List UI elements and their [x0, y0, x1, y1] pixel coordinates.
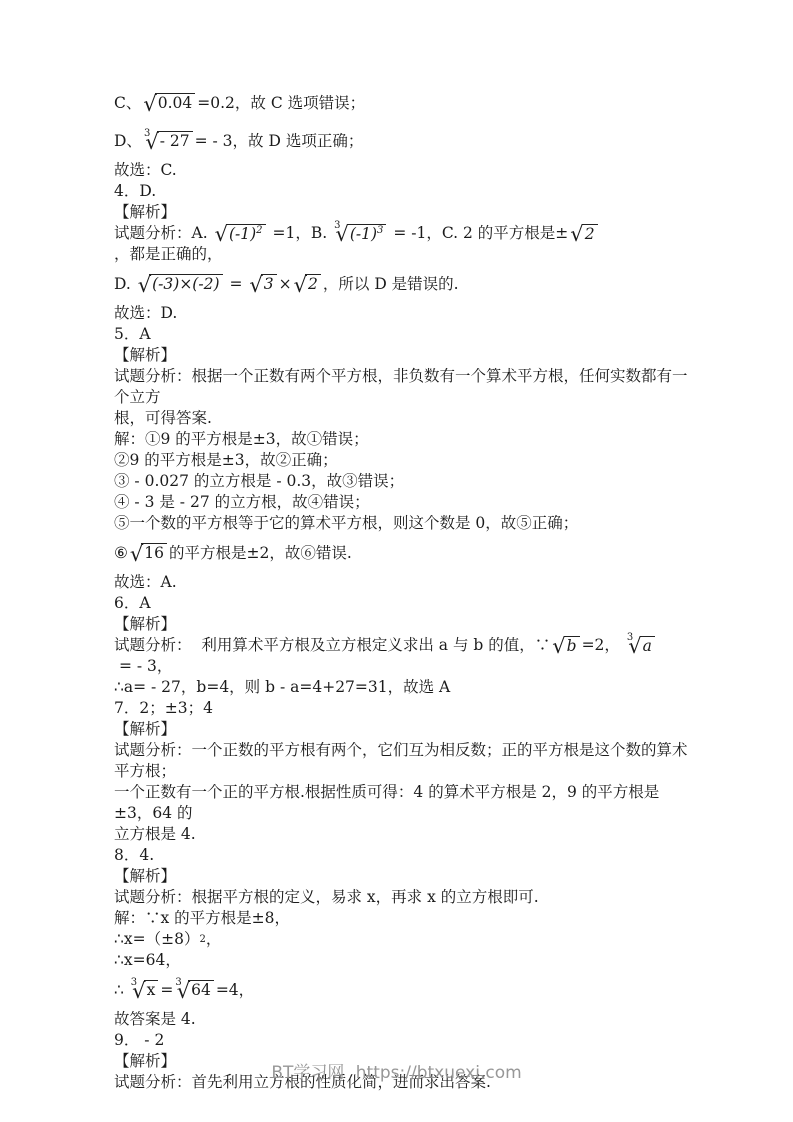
radical-icon: √	[249, 275, 262, 296]
text-segment: 8．4.	[114, 845, 154, 866]
text-line: ③ - 0.027 的立方根是 - 0.3，故③错误；	[114, 471, 696, 492]
text-segment: 9． - 2	[114, 1030, 164, 1051]
text-segment: 【解析】	[114, 719, 176, 740]
text-line: ⑤一个数的平方根等于它的算术平方根，则这个数是 0，故⑤正确；	[114, 513, 696, 534]
text-line: 【解析】	[114, 202, 696, 223]
cube-root: 3√x	[131, 980, 159, 1001]
text-line: D. √(-3)×(-2) = √3×√2，所以 D 是错误的.	[114, 265, 696, 303]
radical-icon: √	[138, 275, 151, 296]
text-line: D、3√- 27= - 3，故 D 选项正确；	[114, 122, 696, 160]
root-index: 3	[175, 972, 181, 993]
text-line: ⑥√16的平方根是±2，故⑥错误.	[114, 534, 696, 572]
radicand: - 27	[157, 131, 193, 150]
text-line: 根，可得答案.	[114, 408, 696, 429]
text-line: 8．4.	[114, 845, 696, 866]
text-segment: 试题分析： 利用算术平方根及立方根定义求出 a 与 b 的值，∵	[114, 635, 550, 656]
text-segment: ∴x=64，	[114, 950, 181, 971]
text-line: ∴ 3√x=3√64=4，	[114, 971, 696, 1009]
radicand: 2	[582, 224, 598, 243]
text-line: ∴a= - 27，b=4，则 b - a=4+27=31，故选 A	[114, 677, 696, 698]
square-root: √2	[294, 274, 321, 295]
radicand: 64	[188, 980, 214, 999]
text-segment: ⑥	[114, 543, 128, 564]
text-line: ②9 的平方根是±3，故②正确；	[114, 450, 696, 471]
radicand: a	[640, 636, 655, 655]
text-segment: = -1，C. 2 的平方根是±	[388, 223, 568, 244]
text-segment: 的平方根是±2，故⑥错误.	[169, 543, 352, 564]
square-root: √3	[249, 274, 276, 295]
footer-url: https://btxuexi.com	[356, 1063, 522, 1083]
text-line: 试题分析： 利用算术平方根及立方根定义求出 a 与 b 的值，∵√b=2， 3√…	[114, 635, 696, 677]
root-index: 3	[627, 627, 633, 648]
text-segment: 解：①9 的平方根是±3，故①错误；	[114, 429, 369, 450]
cube-root: 3√64	[175, 980, 214, 1001]
square-root: √2	[570, 223, 597, 244]
text-segment: ∴a= - 27，b=4，则 b - a=4+27=31，故选 A	[114, 677, 450, 698]
radicand: (-1)2	[226, 224, 266, 243]
text-segment: 根，可得答案.	[114, 408, 212, 429]
text-segment: ③ - 0.027 的立方根是 - 0.3，故③错误；	[114, 471, 404, 492]
text-segment: 7．2；±3；4	[114, 698, 213, 719]
text-line: 故选：D.	[114, 303, 696, 324]
page: C、√0.04=0.2，故 C 选项错误；D、3√- 27= - 3，故 D 选…	[0, 0, 793, 1122]
text-segment: =0.2，故 C 选项错误；	[197, 93, 365, 114]
text-line: 试题分析：根据平方根的定义，易求 x，再求 x 的立方根即可.	[114, 887, 696, 908]
text-segment: ②9 的平方根是±3，故②正确；	[114, 450, 338, 471]
radicand: (-3)×(-2)	[149, 274, 222, 293]
text-segment: =2，	[582, 635, 625, 656]
text-line: 5．A	[114, 324, 696, 345]
radical-icon: √	[215, 224, 228, 245]
radicand: 16	[141, 543, 167, 562]
text-segment: =	[225, 274, 248, 295]
text-line: 试题分析：根据一个正数有两个平方根，非负数有一个算术平方根，任何实数都有一个立方	[114, 366, 696, 408]
text-line: 解：①9 的平方根是±3，故①错误；	[114, 429, 696, 450]
text-line: 【解析】	[114, 866, 696, 887]
text-segment: 【解析】	[114, 202, 176, 223]
square-root: √b	[552, 635, 579, 656]
document-lines: C、√0.04=0.2，故 C 选项错误；D、3√- 27= - 3，故 D 选…	[114, 84, 696, 1093]
text-segment: D、	[114, 131, 142, 152]
radical-icon: √	[294, 275, 307, 296]
root-index: 3	[144, 123, 150, 144]
footer-site-name: BT学习网	[271, 1063, 344, 1083]
text-segment: ，所以 D 是错误的.	[323, 274, 459, 295]
text-line: 【解析】	[114, 719, 696, 740]
text-segment: =1，B.	[268, 223, 333, 244]
radicand: 0.04	[155, 93, 196, 112]
cube-root: 3√(-1)3	[334, 223, 386, 244]
text-line: 4．D.	[114, 181, 696, 202]
radicand: b	[564, 636, 580, 655]
text-segment: =	[160, 980, 173, 1001]
text-line: 试题分析：一个正数的平方根有两个，它们互为相反数；正的平方根是这个数的算术平方根…	[114, 740, 696, 782]
text-line: 一个正数有一个正的平方根.根据性质可得：4 的算术平方根是 2，9 的平方根是±…	[114, 782, 696, 824]
text-segment: 试题分析：一个正数的平方根有两个，它们互为相反数；正的平方根是这个数的算术平方根…	[114, 740, 696, 782]
text-line: 6．A	[114, 593, 696, 614]
square-root: √(-1)2	[215, 223, 266, 244]
text-line: 故答案是 4.	[114, 1009, 696, 1030]
text-line: 故选：A.	[114, 572, 696, 593]
text-segment: D.	[114, 274, 136, 295]
square-root: √16	[130, 543, 167, 564]
text-segment: ，都是正确的，	[114, 244, 223, 265]
text-segment: = - 3，故 D 选项正确；	[195, 131, 364, 152]
text-segment: 6．A	[114, 593, 151, 614]
text-segment: =4，	[216, 980, 254, 1001]
footer: BT学习网 https://btxuexi.com	[0, 1058, 793, 1083]
text-segment: ④ - 3 是 - 27 的立方根，故④错误；	[114, 492, 370, 513]
text-segment: 【解析】	[114, 614, 176, 635]
text-line: 【解析】	[114, 345, 696, 366]
text-segment: 4．D.	[114, 181, 156, 202]
radicand: (-1)3	[347, 224, 387, 243]
radical-icon: √	[570, 224, 583, 245]
text-line: 故选：C.	[114, 160, 696, 181]
text-line: 试题分析：A. √(-1)2 =1，B. 3√(-1)3 = -1，C. 2 的…	[114, 223, 696, 265]
text-line: ∴x=64，	[114, 950, 696, 971]
text-segment: ⑤一个数的平方根等于它的算术平方根，则这个数是 0，故⑤正确；	[114, 513, 578, 534]
root-index: 3	[334, 215, 340, 236]
text-segment: ∴x=（±8）	[114, 929, 199, 950]
text-segment: 故选：C.	[114, 160, 177, 181]
exponent: 3	[377, 225, 383, 236]
text-segment: 故选：D.	[114, 303, 177, 324]
text-segment: ×	[279, 274, 292, 295]
text-segment: 5．A	[114, 324, 151, 345]
text-line: 9． - 2	[114, 1030, 696, 1051]
text-line: ④ - 3 是 - 27 的立方根，故④错误；	[114, 492, 696, 513]
root-index: 3	[131, 972, 137, 993]
text-line: 7．2；±3；4	[114, 698, 696, 719]
text-line: ∴x=（±8）2，	[114, 929, 696, 950]
text-segment: 试题分析：根据一个正数有两个平方根，非负数有一个算术平方根，任何实数都有一个立方	[114, 366, 696, 408]
text-line: 解：∵x 的平方根是±8，	[114, 908, 696, 929]
text-segment: 【解析】	[114, 345, 176, 366]
text-segment: 试题分析：根据平方根的定义，易求 x，再求 x 的立方根即可.	[114, 887, 539, 908]
cube-root: 3√- 27	[144, 131, 193, 152]
square-root: √0.04	[143, 93, 195, 114]
text-segment: 一个正数有一个正的平方根.根据性质可得：4 的算术平方根是 2，9 的平方根是±…	[114, 782, 696, 824]
radical-icon: √	[552, 636, 565, 657]
text-line: 【解析】	[114, 614, 696, 635]
radical-icon: √	[130, 544, 143, 565]
text-line: C、√0.04=0.2，故 C 选项错误；	[114, 84, 696, 122]
radicand: x	[144, 980, 159, 999]
text-segment: C、	[114, 93, 141, 114]
text-line: 立方根是 4.	[114, 824, 696, 845]
text-segment: 【解析】	[114, 866, 176, 887]
cube-root: 3√a	[627, 635, 655, 656]
text-segment: = - 3，	[114, 656, 172, 677]
text-segment: 故选：A.	[114, 572, 177, 593]
text-segment: 解：∵x 的平方根是±8，	[114, 908, 290, 929]
text-segment: ∴	[114, 980, 129, 1001]
exponent: 2	[256, 225, 262, 236]
radicand: 2	[305, 274, 321, 293]
text-segment: 故答案是 4.	[114, 1009, 196, 1030]
text-segment: ，	[206, 929, 222, 950]
text-segment: 立方根是 4.	[114, 824, 196, 845]
radical-icon: √	[143, 94, 156, 115]
square-root: √(-3)×(-2)	[138, 274, 223, 295]
radicand: 3	[261, 274, 277, 293]
text-segment: 试题分析：A.	[114, 223, 213, 244]
